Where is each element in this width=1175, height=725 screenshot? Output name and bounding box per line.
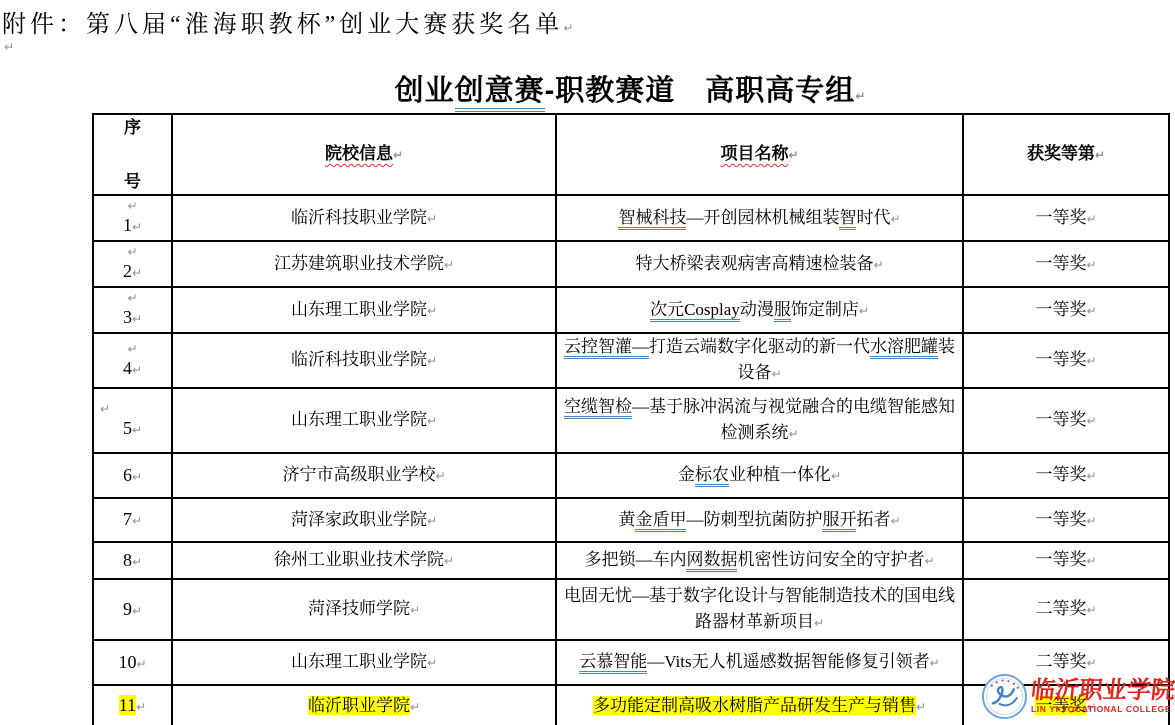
paragraph-mark: ↵: [1095, 148, 1105, 162]
table-row: 7↵菏泽家政职业学院↵黄金盾甲—防刺型抗菌防护服开拓者↵一等奖↵↵: [93, 498, 1169, 542]
paragraph-mark: ↵: [831, 469, 841, 483]
seq-number-line: 10↵: [98, 649, 167, 677]
paragraph-mark: ↵: [1086, 554, 1096, 568]
header-cell-school: 院校信息↵: [172, 114, 556, 195]
attachment-title-text: 附件：第八届“淮海职教杯”创业大赛获奖名单: [2, 12, 563, 38]
grammar-underlined-text: 智: [839, 208, 856, 230]
award-cell: 一等奖↵↵: [963, 287, 1169, 333]
empty-line: ↵: [98, 339, 167, 355]
seq-cell: 7↵: [93, 498, 172, 542]
award-level: 二等奖: [1035, 652, 1086, 671]
attachment-title: 附件：第八届“淮海职教杯”创业大赛获奖名单↵: [2, 4, 573, 39]
school-name: 江苏建筑职业技术学院: [274, 254, 444, 273]
paragraph-mark: ↵: [1086, 469, 1096, 483]
paragraph-mark: ↵: [410, 700, 420, 714]
seq-number-line: 2↵: [98, 258, 167, 286]
seq-cell: ↵5↵: [93, 388, 172, 453]
award-cell: 一等奖↵↵: [963, 333, 1169, 388]
header-label: 获奖等第: [1027, 144, 1095, 163]
school-name: 济宁市高级职业学校: [282, 465, 435, 484]
seq-cell: 8↵: [93, 542, 172, 579]
paragraph-mark: ↵: [444, 258, 454, 272]
seq-number-line: 11↵: [98, 692, 167, 720]
text-run: 时代: [856, 208, 890, 227]
school-name: 菏泽技师学院: [308, 599, 410, 618]
grammar-underlined-text: 金盾甲: [635, 510, 686, 532]
paragraph-mark: ↵: [771, 367, 781, 381]
award-cell: 一等奖↵↵: [963, 388, 1169, 453]
paragraph-mark: ↵: [859, 304, 869, 318]
paragraph-mark: ↵: [427, 656, 437, 670]
paragraph-mark: ↵: [444, 554, 454, 568]
seq-cell: ↵1↵: [93, 195, 172, 241]
school-cell: 山东理工职业学院↵: [172, 640, 556, 685]
grammar-underlined-text: 云慕智能: [579, 652, 647, 674]
paragraph-mark: ↵: [1086, 603, 1096, 617]
project-cell: 金标农业种植一体化↵: [556, 453, 963, 498]
seq-number-line: 6↵: [98, 462, 167, 490]
seq-number: 2: [123, 261, 132, 281]
seq-number: 8: [123, 550, 132, 570]
paragraph-mark: ↵: [1086, 354, 1096, 368]
seq-number-line: 4↵: [98, 355, 167, 383]
text-run: 机密性访问安全的守护者: [737, 550, 924, 569]
paragraph-mark: ↵: [788, 427, 798, 441]
paragraph-mark: ↵: [427, 304, 437, 318]
text-run: —防刺型抗菌防护: [686, 510, 822, 529]
grammar-underlined-text: 服开: [822, 510, 856, 532]
seq-number-line: 1↵: [98, 212, 167, 240]
paragraph-mark: ↵: [930, 656, 940, 670]
college-name-en: LIN YI VOCATIONAL COLLEGE: [1031, 704, 1175, 714]
award-cell: 一等奖↵↵: [963, 241, 1169, 287]
award-level: 一等奖: [1035, 350, 1086, 369]
seq-number: 4: [123, 358, 132, 378]
paragraph-mark: ↵: [393, 148, 403, 162]
paragraph-mark: ↵: [890, 514, 900, 528]
grammar-underlined-text: 云控智灌—: [564, 337, 649, 359]
seq-cell: 6↵: [93, 453, 172, 498]
school-name: 临沂职业学院: [308, 696, 410, 715]
text-run: 多把锁—车内: [584, 550, 686, 569]
text-run: 动漫: [740, 300, 774, 319]
seq-number: 6: [123, 465, 132, 485]
seq-number: 11: [119, 695, 136, 715]
school-cell: 菏泽技师学院↵: [172, 579, 556, 640]
paragraph-mark: ↵: [132, 470, 142, 484]
paragraph-mark: ↵: [132, 514, 142, 528]
empty-line: ↵: [98, 196, 167, 212]
paragraph-mark: ↵: [855, 89, 865, 103]
text-run: 业种植一体化: [729, 465, 831, 484]
paragraph-mark: ↵: [1086, 656, 1096, 670]
school-cell: 临沂科技职业学院↵: [172, 195, 556, 241]
paragraph-mark: ↵: [132, 423, 142, 437]
paragraph-mark: ↵: [127, 199, 137, 213]
seq-cell: 10↵: [93, 640, 172, 685]
text-run: 饰定制店: [791, 300, 859, 319]
paragraph-mark: ↵: [132, 312, 142, 326]
text-run: 拓者: [856, 510, 890, 529]
project-cell: 多功能定制高吸水树脂产品研发生产与销售↵: [556, 685, 963, 725]
college-emblem-icon: [981, 673, 1028, 720]
paragraph-mark: ↵: [427, 414, 437, 428]
seq-cell: 11↵: [93, 685, 172, 725]
seq-number: 9: [123, 599, 132, 619]
table-row: ↵2↵江苏建筑职业技术学院↵特大桥梁表观病害高精速检装备↵一等奖↵↵: [93, 241, 1169, 287]
empty-line: ↵: [98, 399, 167, 415]
paragraph-mark: ↵: [4, 40, 14, 54]
project-name: 多功能定制高吸水树脂产品研发生产与销售: [593, 696, 916, 715]
table-header-row: 序号院校信息↵项目名称↵获奖等第↵↵: [93, 114, 1169, 195]
paragraph-mark: ↵: [127, 245, 137, 259]
project-cell: 空缆智检—基于脉冲涡流与视觉融合的电缆智能感知检测系统↵: [556, 388, 963, 453]
text-run: 黄: [618, 510, 635, 529]
award-cell: 二等奖↵↵: [963, 579, 1169, 640]
paragraph-mark: ↵: [563, 21, 573, 35]
project-cell: 电固无忧—基于数字化设计与智能制造技术的国电线路器材革新项目↵: [556, 579, 963, 640]
header-cell-project: 项目名称↵: [556, 114, 963, 195]
text-run: -职教赛道 高职高专组: [545, 75, 856, 107]
school-cell: 济宁市高级职业学校↵: [172, 453, 556, 498]
project-cell: 特大桥梁表观病害高精速检装备↵: [556, 241, 963, 287]
grammar-underlined-text: 次元Cosplay: [650, 300, 740, 322]
header-label: 院校信息: [325, 144, 393, 163]
project-cell: 云慕智能—Vits无人机遥感数据智能修复引领者↵: [556, 640, 963, 685]
school-name: 山东理工职业学院: [291, 410, 427, 429]
grammar-underlined-text: 标农: [695, 465, 729, 487]
grammar-underlined-text: 网数据: [686, 550, 737, 572]
table-row: ↵4↵临沂科技职业学院↵云控智灌—打造云端数字化驱动的新一代水溶肥罐装设备↵一等…: [93, 333, 1169, 388]
grammar-underlined-text: 水溶肥罐: [870, 337, 938, 359]
grammar-underlined-text: 空缆智检: [564, 397, 632, 419]
paragraph-mark: ↵: [132, 604, 142, 618]
empty-line: ↵: [98, 288, 167, 304]
paragraph-mark: ↵: [427, 212, 437, 226]
header-cell-seq: 序号: [93, 114, 172, 195]
text-run: 多功能定制高吸水树脂产品研发生产与销售: [593, 696, 916, 715]
award-level: 二等奖: [1035, 599, 1086, 618]
table-row: 6↵济宁市高级职业学校↵金标农业种植一体化↵一等奖↵↵: [93, 453, 1169, 498]
award-level: 一等奖: [1035, 254, 1086, 273]
school-cell: 徐州工业职业技术学院↵: [172, 542, 556, 579]
seq-number: 7: [123, 509, 132, 529]
paragraph-mark: ↵: [890, 212, 900, 226]
paragraph-mark: ↵: [410, 603, 420, 617]
project-cell: 多把锁—车内网数据机密性访问安全的守护者↵: [556, 542, 963, 579]
school-cell: 临沂科技职业学院↵: [172, 333, 556, 388]
header-seq-line: 序: [98, 116, 167, 140]
paragraph-mark: ↵: [136, 657, 146, 671]
paragraph-mark: ↵: [814, 616, 824, 630]
grammar-underlined-text: 智械科技: [618, 208, 686, 230]
paragraph-mark: ↵: [924, 554, 934, 568]
table-row: 9↵菏泽技师学院↵电固无忧—基于数字化设计与智能制造技术的国电线路器材革新项目↵…: [93, 579, 1169, 640]
seq-number-line: 7↵: [98, 506, 167, 534]
header-seq-gap: [98, 140, 167, 170]
school-name: 临沂科技职业学院: [291, 208, 427, 227]
seq-number: 1: [123, 215, 132, 235]
empty-line: ↵: [98, 242, 167, 258]
paragraph-mark: ↵: [1086, 514, 1096, 528]
school-name: 徐州工业职业技术学院: [274, 550, 444, 569]
paragraph-mark: ↵: [136, 700, 146, 714]
text-run: 电固无忧—基于数字化设计与智能制造技术的国电线路器材革新项目: [564, 586, 955, 631]
paragraph-mark: ↵: [427, 514, 437, 528]
seq-number-line: 9↵: [98, 596, 167, 624]
text-run: 特大桥梁表观病害高精速检装备: [635, 254, 873, 273]
project-cell: 黄金盾甲—防刺型抗菌防护服开拓者↵: [556, 498, 963, 542]
school-name: 山东理工职业学院: [291, 300, 427, 319]
school-cell: 山东理工职业学院↵: [172, 388, 556, 453]
school-cell: 临沂职业学院↵: [172, 685, 556, 725]
paragraph-mark: ↵: [788, 148, 798, 162]
award-cell: 一等奖↵↵: [963, 542, 1169, 579]
seq-cell: ↵3↵: [93, 287, 172, 333]
table-row: ↵1↵临沂科技职业学院↵智械科技—开创园林机械组装智时代↵一等奖↵↵: [93, 195, 1169, 241]
paragraph-mark: ↵: [127, 342, 137, 356]
grammar-underlined-text: 服: [774, 300, 791, 322]
award-level: 一等奖: [1035, 208, 1086, 227]
document-page: 附件：第八届“淮海职教杯”创业大赛获奖名单↵ ↵ 创业创意赛-职教赛道 高职高专…: [0, 0, 1175, 725]
paragraph-mark: ↵: [127, 291, 137, 305]
seq-number: 10: [118, 652, 136, 672]
school-name: 临沂科技职业学院: [291, 350, 427, 369]
school-name: 山东理工职业学院: [291, 652, 427, 671]
award-level: 一等奖: [1035, 550, 1086, 569]
paragraph-mark: ↵: [132, 363, 142, 377]
paragraph-mark: ↵: [435, 469, 445, 483]
award-cell: 一等奖↵↵: [963, 498, 1169, 542]
header-cell-award: 获奖等第↵↵: [963, 114, 1169, 195]
award-cell: 一等奖↵↵: [963, 453, 1169, 498]
award-level: 一等奖: [1035, 300, 1086, 319]
grammar-underlined-text: 创意赛: [455, 75, 545, 112]
seq-cell: ↵2↵: [93, 241, 172, 287]
table-row: 8↵徐州工业职业技术学院↵多把锁—车内网数据机密性访问安全的守护者↵一等奖↵↵: [93, 542, 1169, 579]
seq-cell: ↵4↵: [93, 333, 172, 388]
college-name-cn: 临沂职业学院: [1030, 678, 1175, 704]
seq-cell: 9↵: [93, 579, 172, 640]
text-run: 金: [678, 465, 695, 484]
text-run: —Vits无人机遥感数据智能修复引领者: [647, 652, 929, 671]
project-cell: 云控智灌—打造云端数字化驱动的新一代水溶肥罐装设备↵: [556, 333, 963, 388]
seq-number: 5: [123, 418, 132, 438]
table-row: ↵3↵山东理工职业学院↵次元Cosplay动漫服饰定制店↵一等奖↵↵: [93, 287, 1169, 333]
paragraph-mark: ↵: [427, 354, 437, 368]
paragraph-mark: ↵: [1086, 304, 1096, 318]
header-label: 项目名称: [720, 144, 788, 163]
text-run: —开创园林机械组装: [686, 208, 839, 227]
text-run: 创业: [395, 75, 455, 107]
award-level: 一等奖: [1035, 465, 1086, 484]
award-table: 序号院校信息↵项目名称↵获奖等第↵↵↵1↵临沂科技职业学院↵智械科技—开创园林机…: [92, 113, 1170, 725]
seq-number-line: 8↵: [98, 547, 167, 575]
award-level: 一等奖: [1035, 410, 1086, 429]
project-cell: 智械科技—开创园林机械组装智时代↵: [556, 195, 963, 241]
paragraph-mark: ↵: [916, 700, 926, 714]
header-seq-line: 号: [98, 170, 167, 194]
paragraph-mark: ↵: [1086, 212, 1096, 226]
seq-number-line: 3↵: [98, 304, 167, 332]
award-cell: 一等奖↵↵: [963, 195, 1169, 241]
paragraph-mark: ↵: [873, 258, 883, 272]
school-cell: 菏泽家政职业学院↵: [172, 498, 556, 542]
paragraph-mark: ↵: [100, 402, 110, 416]
college-logo-text: 临沂职业学院 LIN YI VOCATIONAL COLLEGE: [1031, 678, 1175, 714]
project-cell: 次元Cosplay动漫服饰定制店↵: [556, 287, 963, 333]
paragraph-mark: ↵: [1086, 258, 1096, 272]
school-cell: 山东理工职业学院↵: [172, 287, 556, 333]
seq-number-line: 5↵: [98, 415, 167, 443]
school-cell: 江苏建筑职业技术学院↵: [172, 241, 556, 287]
paragraph-mark: ↵: [132, 266, 142, 280]
paragraph-mark: ↵: [1086, 414, 1096, 428]
college-logo-watermark: 临沂职业学院 LIN YI VOCATIONAL COLLEGE: [981, 670, 1175, 722]
section-heading: 创业创意赛-职教赛道 高职高专组↵: [92, 68, 1168, 109]
paragraph-mark: ↵: [132, 555, 142, 569]
award-level: 一等奖: [1035, 510, 1086, 529]
table-row: ↵5↵山东理工职业学院↵空缆智检—基于脉冲涡流与视觉融合的电缆智能感知检测系统↵…: [93, 388, 1169, 453]
school-name: 菏泽家政职业学院: [291, 510, 427, 529]
text-run: 打造云端数字化驱动的新一代: [649, 337, 870, 356]
paragraph-mark: ↵: [132, 220, 142, 234]
seq-number: 3: [123, 307, 132, 327]
